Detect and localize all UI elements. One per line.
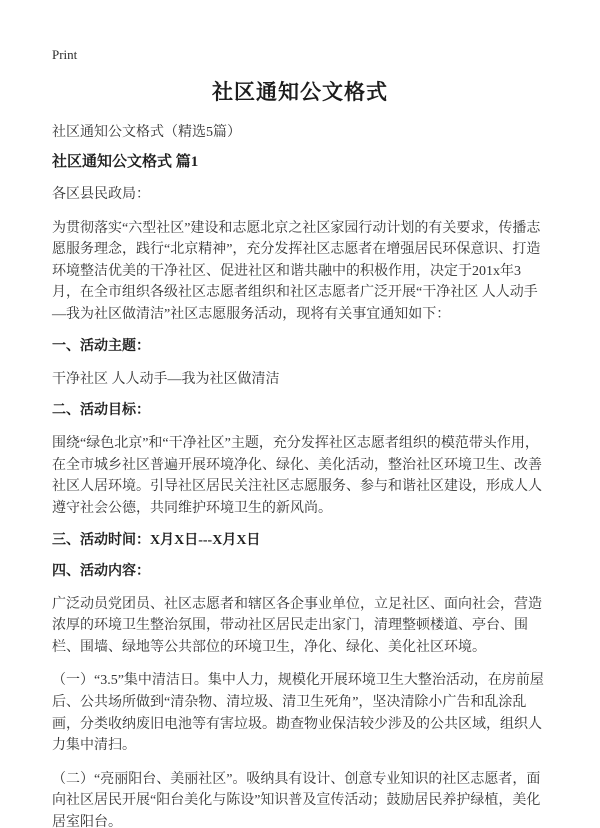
paragraph-activity-goal: 围绕“绿色北京”和“干净社区”主题，充分发挥社区志愿者组织的模范带头作用，在全市… [52, 433, 548, 519]
heading-activity-time: 三、活动时间：X月X日---X月X日 [52, 531, 548, 551]
intro-paragraph: 为贯彻落实“六型社区”建设和志愿北京之社区家园行动计划的有关要求，传播志愿服务理… [52, 218, 548, 326]
heading-activity-content: 四、活动内容： [52, 562, 548, 582]
paragraph-item-1: （一）“3.5”集中清洁日。集中人力，规模化开展环境卫生大整治活动，在房前屋后、… [52, 670, 548, 756]
document-page: Print 社区通知公文格式 社区通知公文格式（精选5篇） 社区通知公文格式 篇… [0, 0, 600, 828]
page-title: 社区通知公文格式 [52, 80, 548, 104]
paragraph-activity-theme: 干净社区 人人动手—我为社区做清洁 [52, 369, 548, 391]
heading-activity-theme: 一、活动主题： [52, 337, 548, 357]
paragraph-activity-content: 广泛动员党团员、社区志愿者和辖区各企事业单位，立足社区、面向社会，营造浓厚的环境… [52, 594, 548, 659]
paragraph-item-2: （二）“亮丽阳台、美丽社区”。吸纳具有设计、创意专业知识的社区志愿者，面向社区居… [52, 769, 548, 828]
doc-subtitle: 社区通知公文格式（精选5篇） [52, 123, 548, 142]
salutation: 各区县民政局： [52, 184, 548, 206]
section-heading-pian1: 社区通知公文格式 篇1 [52, 152, 548, 172]
print-button[interactable]: Print [52, 48, 77, 62]
heading-activity-goal: 二、活动目标： [52, 401, 548, 421]
